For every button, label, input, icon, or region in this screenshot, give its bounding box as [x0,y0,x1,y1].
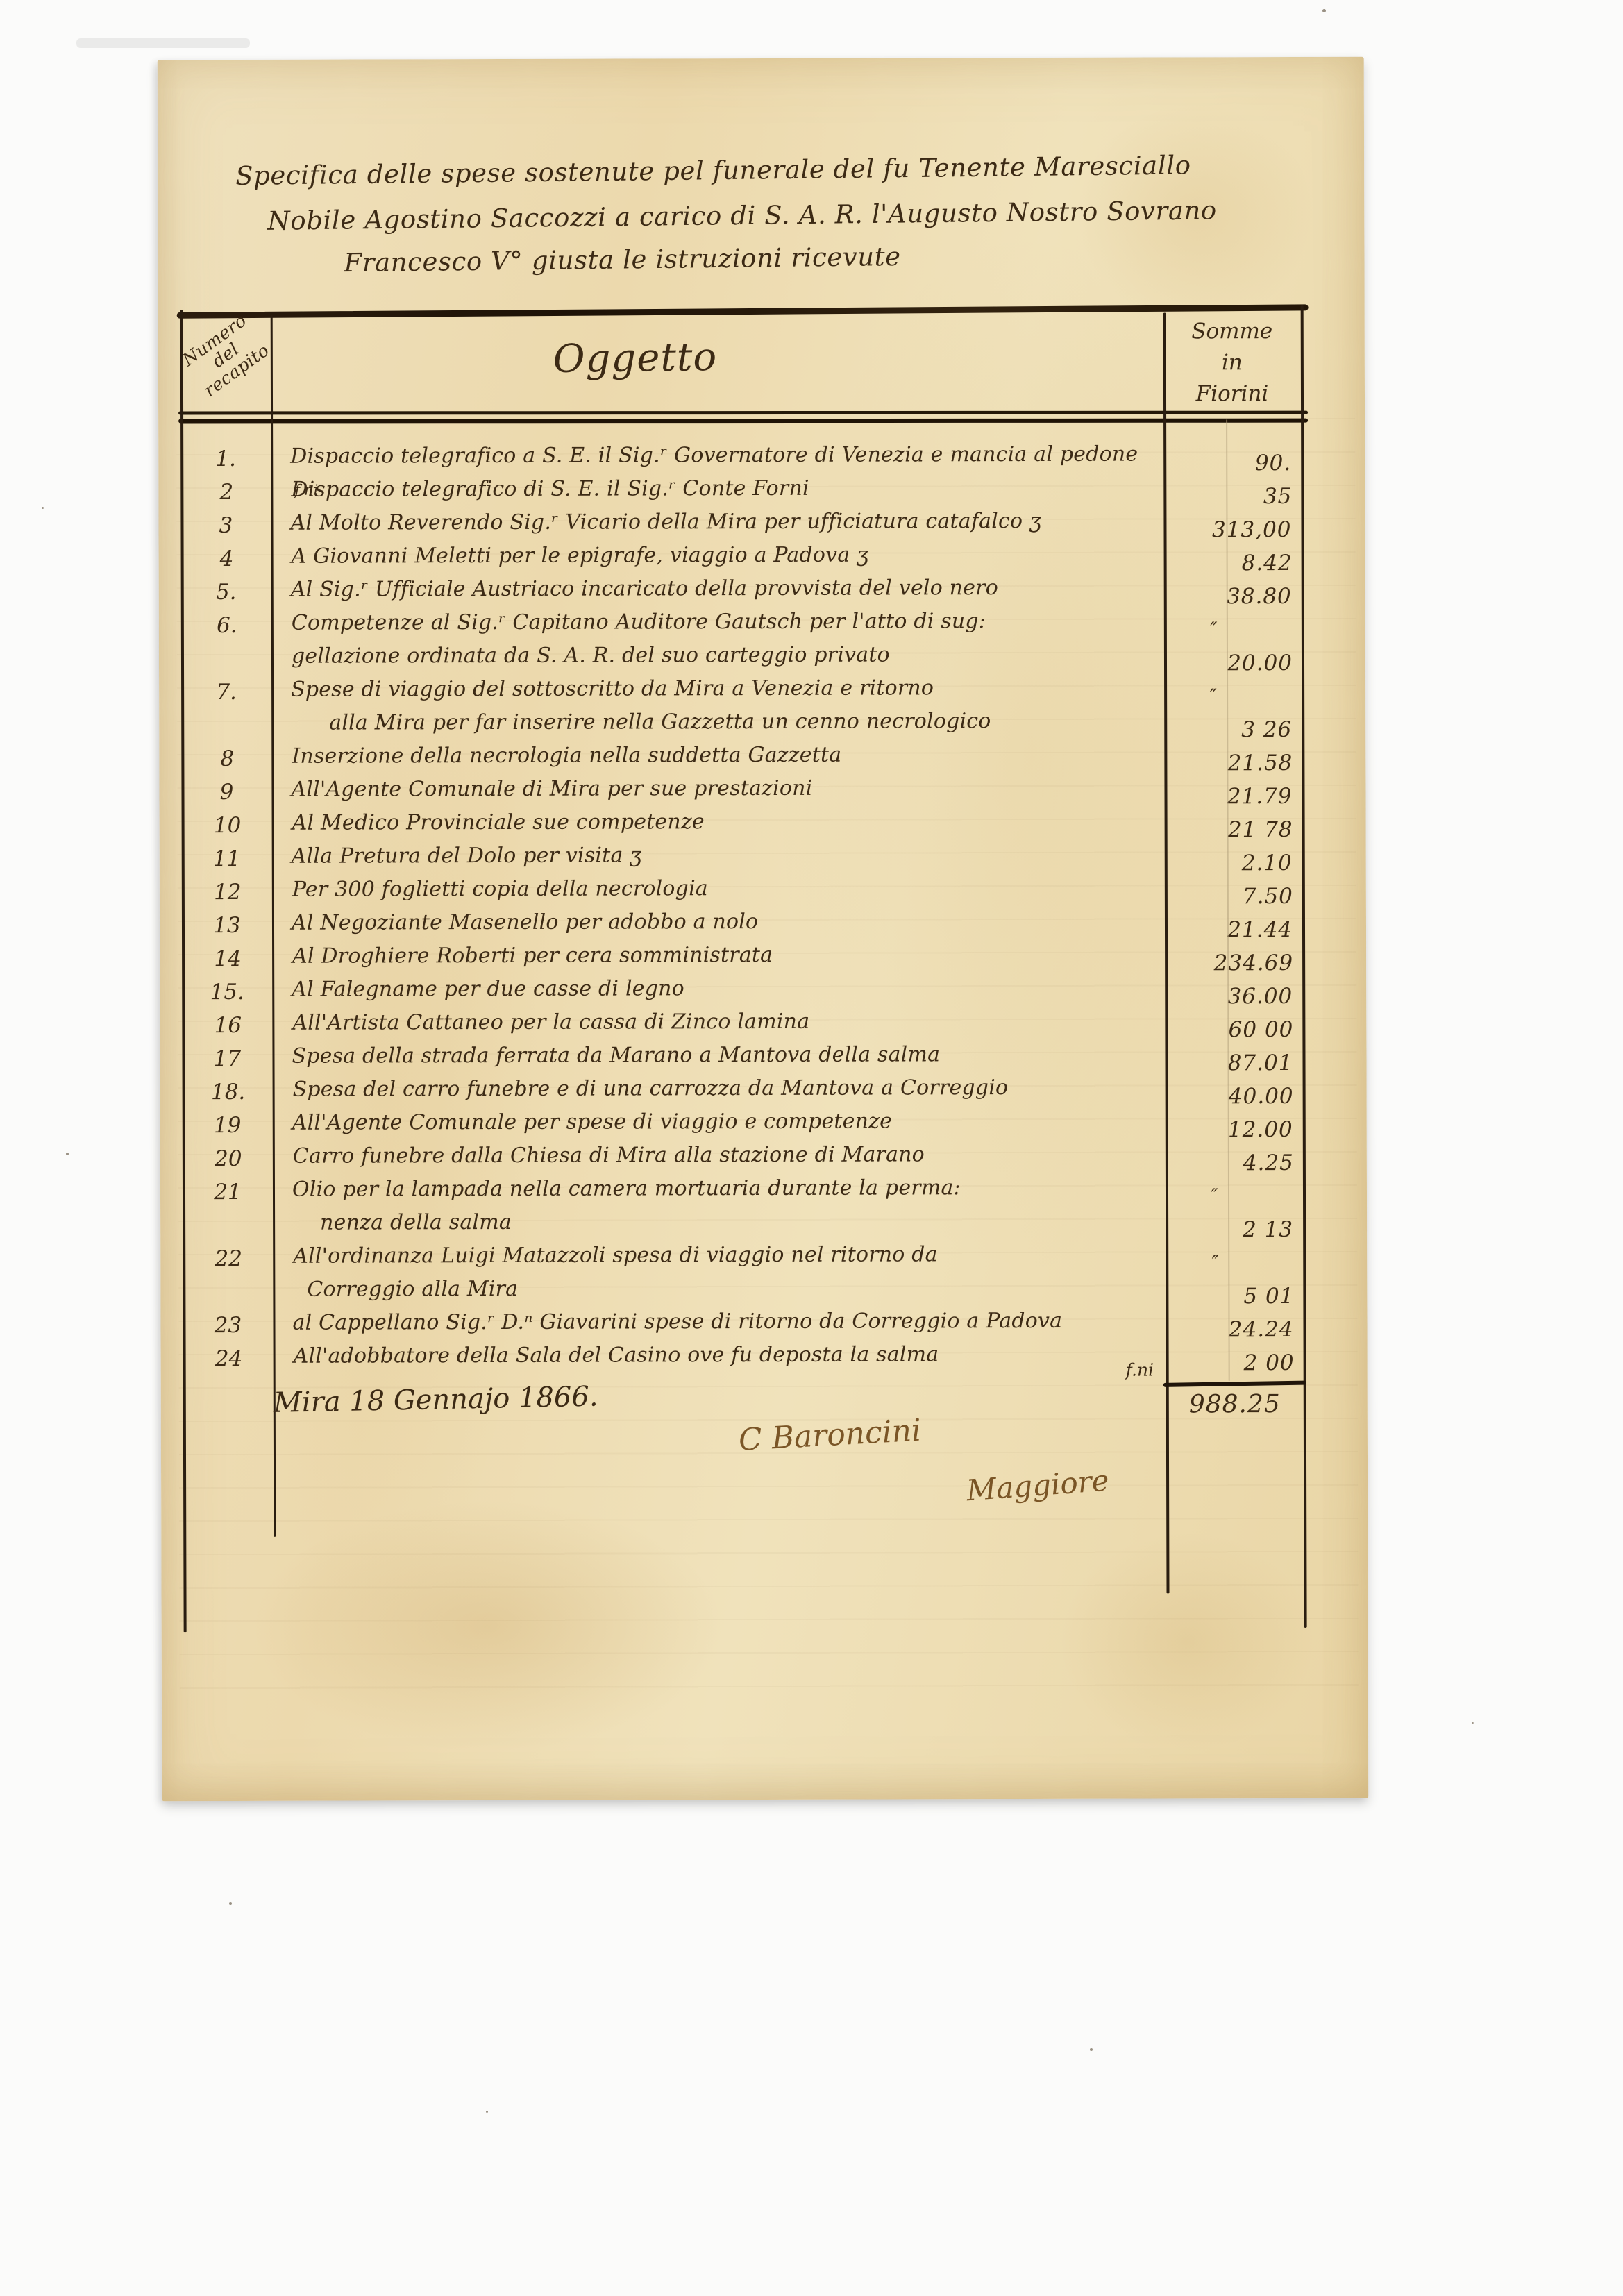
table-row: 2Dispaccio telegrafico di S. E. il Sig.ʳ… [181,471,1304,507]
amount-value: 20.00 [1165,646,1305,680]
row-description: Spese di viaggio del sottoscritto da Mir… [271,671,1164,739]
table-row: 13Al Negoziante Masenello per adobbo a n… [182,904,1305,940]
ditto-mark: ″ [1164,680,1304,714]
row-description: Dispaccio telegrafico a S. E. il Sig.ʳ G… [271,437,1163,473]
table-header: Numero del recapito Oggetto Somme in Fio… [180,313,1304,413]
row-description-line: Alla Pretura del Dolo per visita ʒ [292,837,1165,873]
row-description-line: alla Mira per far inserire nella Gazzett… [291,704,1164,739]
dust-speck [229,1902,232,1905]
row-description-line: All'Agente Comunale per spese di viaggio… [292,1104,1166,1139]
row-number: 24 [184,1342,274,1375]
row-description-line: Al Medico Provinciale sue competenze [292,804,1166,839]
table-row: 6.Competenze al Sig.ʳ Capitano Auditore … [182,604,1305,673]
row-number: 10 [183,809,273,842]
row-amount: 7.50 [1166,871,1306,905]
date-line: Mira 18 Gennajo 1866. [273,1381,598,1419]
row-number: 22 [183,1242,274,1275]
row-amount: ″3 26 [1164,671,1304,738]
row-description: Al Sig.ʳ Ufficiale Austriaco incaricato … [271,571,1164,606]
ditto-mark: ″ [1166,1246,1306,1280]
row-description-line: Al Droghiere Roberti per cera somministr… [292,937,1166,973]
row-number: 5. [181,576,271,609]
amount-value: 5 01 [1166,1280,1306,1314]
signature: C Baroncini [738,1413,923,1458]
row-amount: 21.58 [1165,737,1305,771]
row-amount: 60 00 [1166,1004,1306,1038]
row-description-line: Dispaccio telegrafico a S. E. il Sig.ʳ G… [290,437,1163,473]
row-description: Al Molto Reverendo Sig.ʳ Vicario della M… [271,504,1163,539]
row-description: All'Agente Comunale per spese di viaggio… [273,1104,1166,1139]
row-description: A Giovanni Meletti per le epigrafe, viag… [272,537,1165,573]
row-description: Alla Pretura del Dolo per visita ʒ [272,837,1165,873]
header-double-rule [178,411,1308,424]
row-description: All'Artista Cattaneo per la cassa di Zin… [273,1004,1166,1039]
row-number: 15. [182,975,272,1009]
table-row: 4A Giovanni Meletti per le epigrafe, via… [182,537,1305,573]
row-description: All'adobbatore della Sala del Casino ove… [274,1337,1167,1373]
dust-speck [42,507,44,509]
dust-speck [1472,1722,1474,1724]
table-row: 8Inserzione della necrologia nella sudde… [182,737,1305,773]
row-description: Spesa della strada ferrata da Marano a M… [272,1037,1165,1073]
row-amount: 234.69 [1166,937,1306,971]
table-row: 10Al Medico Provinciale sue competenze21… [183,804,1306,840]
row-description: Olio per la lampada nella camera mortuar… [273,1171,1166,1239]
table-row: 23al Cappellano Sig.ʳ D.ⁿ Giavarini spes… [183,1304,1306,1340]
table-row: 15.Al Falegname per due casse di legno36… [182,971,1305,1007]
row-description-line: Dispaccio telegrafico di S. E. il Sig.ʳ … [291,471,1164,506]
table-row: 18.Spesa del carro funebre e di una carr… [183,1071,1306,1107]
row-description-line: Olio per la lampada nella camera mortuar… [292,1171,1166,1206]
table-row: 5.Al Sig.ʳ Ufficiale Austriaco incaricat… [181,571,1304,607]
amount-value: 21.58 [1165,746,1305,780]
row-description: Per 300 foglietti copia della necrologia [273,871,1166,906]
scanner-smudge [76,38,250,48]
row-number: 11 [182,842,272,875]
row-description-line: Al Falegname per due casse di legno [292,971,1165,1006]
signature-rank: Maggiore [966,1464,1110,1508]
dust-speck [1322,9,1326,12]
title-line-2: Nobile Agostino Saccozzi a carico di S. … [267,195,1217,236]
column-header-object: Oggetto [188,330,1082,387]
table-row: 11Alla Pretura del Dolo per visita ʒ2.10 [182,837,1305,873]
row-amount: 21 78 [1166,804,1306,838]
manuscript-paper: Specifica delle spese sostenute pel fune… [158,57,1369,1802]
row-number: 1. [180,442,271,476]
row-description-line: Inserzione della necrologia nella suddet… [292,737,1165,773]
row-number: 6. [182,609,272,642]
row-description-line: A Giovanni Meletti per le epigrafe, viag… [292,537,1165,573]
row-description: Inserzione della necrologia nella suddet… [272,737,1165,773]
dust-speck [1090,2048,1093,2051]
row-amount: 40.00 [1166,1071,1306,1105]
row-amount: 8.42 [1165,537,1305,571]
row-description-line: All'adobbatore della Sala del Casino ove… [294,1337,1167,1373]
row-description: Carro funebre dalla Chiesa di Mira alla … [274,1137,1166,1173]
row-amount: ″20.00 [1165,604,1305,671]
amount-value: 35 [1164,480,1304,514]
row-description-line: All'ordinanza Luigi Matazzoli spesa di v… [293,1237,1166,1273]
row-description: Dispaccio telegrafico di S. E. il Sig.ʳ … [271,471,1164,506]
table-row: 19All'Agente Comunale per spese di viagg… [183,1104,1306,1140]
amount-value: 21 78 [1166,813,1306,847]
dust-speck [66,1153,69,1155]
table-row: 3Al Molto Reverendo Sig.ʳ Vicario della … [180,504,1304,540]
row-number: 20 [183,1142,274,1175]
row-number: 17 [182,1042,272,1075]
table-row: 12Per 300 foglietti copia della necrolog… [183,871,1306,907]
row-description: al Cappellano Sig.ʳ D.ⁿ Giavarini spese … [273,1304,1166,1339]
row-number: 2 [181,476,271,509]
row-description-line: Al Molto Reverendo Sig.ʳ Vicario della M… [290,504,1163,539]
row-number: 18. [183,1075,274,1109]
row-number: 3 [180,509,271,542]
row-amount: 35 [1164,471,1304,505]
row-description: Competenze al Sig.ʳ Capitano Auditore Ga… [272,604,1165,673]
table-body: 1.Dispaccio telegrafico a S. E. il Sig.ʳ… [180,437,1306,1373]
row-number: 23 [183,1309,273,1342]
amount-value: 60 00 [1166,1013,1306,1047]
title-line-1: Specifica delle spese sostenute pel fune… [235,150,1191,191]
row-description-line: All'Agente Comunale di Mira per sue pres… [291,771,1164,806]
row-amount: ″2 13 [1166,1171,1306,1238]
currency-abbreviation: f.ni [1126,1360,1154,1380]
row-description-line: All'Artista Cattaneo per la cassa di Zin… [292,1004,1166,1039]
row-amount: 2 00 [1167,1337,1307,1371]
ditto-mark: ″ [1165,613,1305,647]
ditto-mark: ″ [1166,1180,1306,1214]
column-header-amount-line: in [1163,347,1301,379]
row-number: 16 [183,1009,273,1042]
column-header-amount-line: Somme [1163,316,1301,348]
table-row: 14Al Droghiere Roberti per cera somminis… [183,937,1306,973]
amount-value: 40.00 [1166,1080,1306,1114]
row-description: All'ordinanza Luigi Matazzoli spesa di v… [274,1237,1166,1306]
table-row: 9All'Agente Comunale di Mira per sue pre… [181,771,1304,807]
amount-value: 4.25 [1166,1146,1306,1180]
row-number: 19 [183,1109,273,1142]
row-description-line: gellazione ordinata da S. A. R. del suo … [292,637,1165,673]
row-description: Al Medico Provinciale sue competenze [273,804,1166,839]
table-row: 20Carro funebre dalla Chiesa di Mira all… [183,1137,1306,1173]
row-number: 12 [183,875,273,909]
row-description: Spesa del carro funebre e di una carrozz… [274,1071,1166,1106]
row-description-line: al Cappellano Sig.ʳ D.ⁿ Giavarini spese … [292,1304,1166,1339]
row-amount: 90. [1163,437,1304,471]
row-description: Al Negoziante Masenello per adobbo a nol… [272,904,1165,939]
row-description-line: Spese di viaggio del sottoscritto da Mir… [291,671,1164,706]
row-number: 7. [181,676,271,709]
row-description-line: Carro funebre dalla Chiesa di Mira alla … [293,1137,1166,1173]
row-number: 8 [182,742,272,776]
row-number: 13 [182,909,272,942]
row-amount: ″5 01 [1166,1237,1306,1305]
table-row: 17Spesa della strada ferrata da Marano a… [182,1037,1305,1073]
table-row: 22All'ordinanza Luigi Matazzoli spesa di… [183,1237,1306,1307]
amount-value: 234.69 [1166,946,1306,980]
row-description: Al Falegname per due casse di legno [272,971,1165,1006]
expense-table: Numero del recapito Oggetto Somme in Fio… [180,307,1307,1657]
row-description-line: Spesa del carro funebre e di una carrozz… [293,1071,1166,1106]
total-rule [1163,1381,1306,1387]
row-description-line: Per 300 foglietti copia della necrologia [292,871,1166,906]
total-amount: 988.25 [1166,1390,1304,1419]
scanned-document-page: { "document": { "kind": "handwritten exp… [0,0,1623,2296]
row-description: Al Droghiere Roberti per cera somministr… [273,937,1166,973]
table-row: 7.Spese di viaggio del sottoscritto da M… [181,671,1304,740]
row-description-line: Al Sig.ʳ Ufficiale Austriaco incaricato … [291,571,1164,606]
amount-value: 2 00 [1167,1346,1307,1380]
table-row: 21Olio per la lampada nella camera mortu… [183,1171,1306,1240]
row-amount: 4.25 [1166,1137,1306,1171]
amount-value: 7.50 [1166,880,1306,914]
amount-value: 8.42 [1165,546,1305,580]
dust-speck [486,2111,488,2113]
column-header-amount: Somme in Fiorini [1163,316,1301,410]
row-description-line: Correggio alla Mira [293,1271,1166,1306]
row-number: 9 [181,776,271,809]
row-description: All'Agente Comunale di Mira per sue pres… [271,771,1164,806]
row-description-line: nenza della salma [292,1204,1166,1239]
row-number: 4 [182,542,272,576]
column-header-amount-line: Fiorini [1163,378,1301,410]
row-number: 21 [183,1175,273,1209]
row-number: 14 [183,942,273,975]
row-description-line: Spesa della strada ferrata da Marano a M… [292,1037,1165,1073]
table-row: 16All'Artista Cattaneo per la cassa di Z… [183,1004,1306,1040]
title-line-3: Francesco V° giusta le istruzioni ricevu… [344,242,901,278]
table-row: 1.Dispaccio telegrafico a S. E. il Sig.ʳ… [180,437,1304,474]
row-description-line: Competenze al Sig.ʳ Capitano Auditore Ga… [292,604,1165,639]
row-description-line: Al Negoziante Masenello per adobbo a nol… [292,904,1165,939]
